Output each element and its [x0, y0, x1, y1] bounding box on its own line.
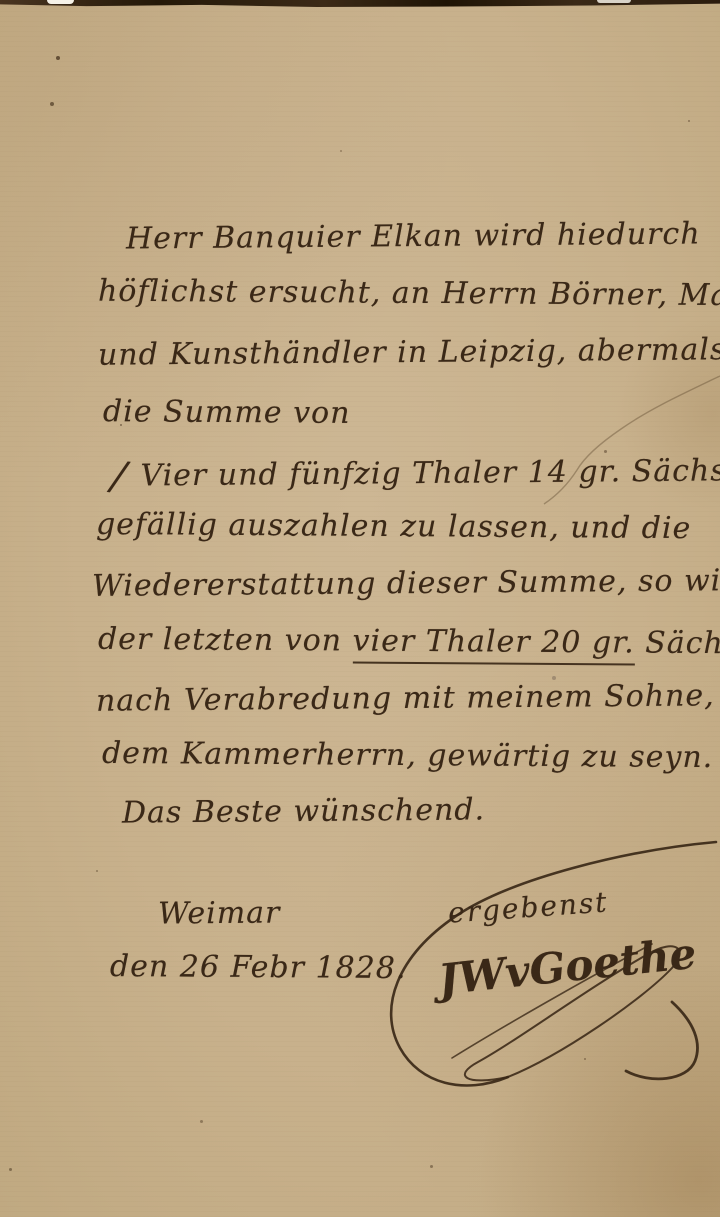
foxing-speck [50, 102, 54, 106]
valediction: ergebenst [447, 887, 609, 929]
foxing-speck [430, 1165, 433, 1168]
letter-line-with-underline: der letzten von vier Thaler 20 gr. Sächs… [98, 623, 720, 661]
letter-line: Wiedererstattung dieser Summe, so wie [92, 564, 720, 603]
foxing-speck [340, 150, 342, 152]
signature: JWvGoethe [436, 931, 698, 1004]
letter-line: die Summe von [103, 395, 351, 430]
place-name: Weimar [158, 896, 281, 930]
paper-crease [0, 0, 720, 1217]
amount-text: Vier und fünfzig Thaler 14 gr. Sächs. [140, 453, 720, 493]
letter-line: nach Verabredung mit meinem Sohne, [96, 679, 715, 717]
paper-edge-notch [47, 0, 74, 4]
foxing-speck [56, 56, 60, 60]
foxing-speck [9, 1168, 12, 1171]
date-line: den 26 Febr 1828. [110, 950, 407, 985]
letter-line: gefällig auszahlen zu lassen, und die [96, 508, 692, 545]
amount-line: /Vier und fünfzig Thaler 14 gr. Sächs. [112, 449, 720, 498]
foxing-speck [688, 120, 690, 122]
underlined-amount: vier Thaler 20 gr. [352, 623, 634, 665]
letter-line: Herr Banquier Elkan wird hiedurch [126, 217, 701, 255]
line-post-text: Sächs. [635, 625, 720, 661]
bracket-mark: / [109, 454, 129, 500]
letter-line: und Kunsthändler in Leipzig, abermals [98, 333, 720, 371]
signature-flourish [0, 0, 720, 1217]
letter-line: höflichst ersucht, an Herrn Börner, Male… [98, 275, 720, 313]
paper-edge-notch [597, 0, 631, 3]
letter-line: Das Beste wünschend. [122, 793, 485, 829]
line-pre-text: der letzten von [98, 622, 353, 659]
foxing-speck [96, 870, 98, 872]
letter-line: dem Kammerherrn, gewärtig zu seyn. [102, 737, 713, 774]
foxing-speck [200, 1120, 203, 1123]
foxing-speck [584, 1058, 586, 1060]
letter-page: Herr Banquier Elkan wird hiedurch höflic… [0, 0, 720, 1217]
